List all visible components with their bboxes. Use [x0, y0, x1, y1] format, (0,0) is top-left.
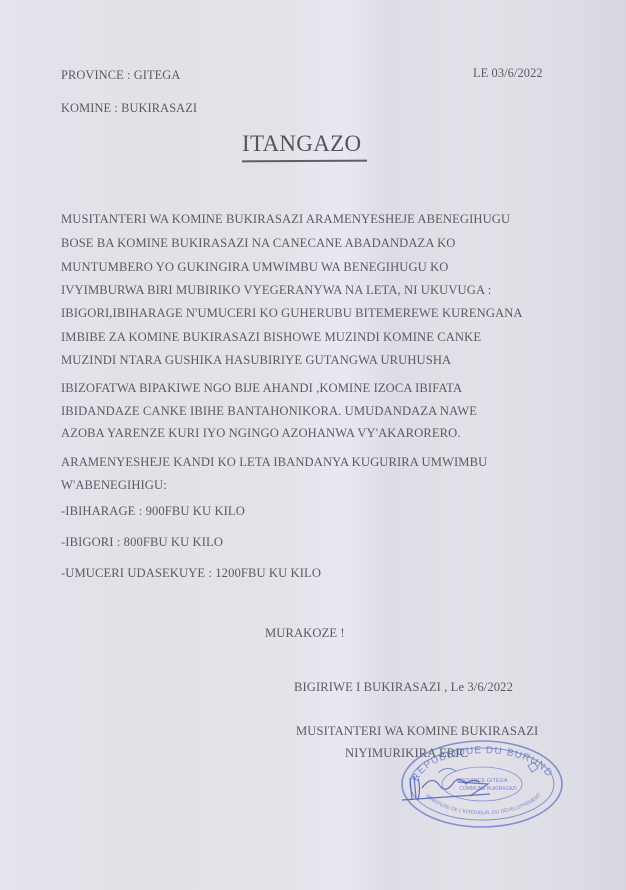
paragraph-1-line: MUZINDI NTARA GUSHIKA HASUBIRIYE GUTANGW…: [61, 353, 451, 368]
paragraph-2-line: AZOBA YARENZE KURI IYO NGINGO AZOHANWA V…: [61, 426, 461, 441]
price-item-name: -IBIHARAGE: [61, 504, 135, 518]
paragraph-3-line: W'ABENEGIHIGU:: [61, 478, 167, 493]
stamp-outer-text: REPUBLIQUE DU BURUNDI: [398, 738, 555, 783]
closing-text: MURAKOZE !: [265, 626, 345, 641]
price-item-value: : 1200FBU KU KILO: [208, 566, 321, 580]
paragraph-1-line: MUNTUMBERO YO GUKINGIRA UMWIMBU WA BENEG…: [61, 260, 449, 275]
document-title: ITANGAZO: [242, 131, 361, 157]
price-item-name: -IBIGORI: [61, 535, 114, 549]
paragraph-3-line: ARAMENYESHEJE KANDI KO LETA IBANDANYA KU…: [61, 455, 487, 470]
komine-label: KOMINE : BUKIRASAZI: [61, 101, 197, 116]
stamp-inner-line2: COMMUNE BUKIRASAZI: [459, 786, 517, 792]
price-item: -IBIGORI : 800FBU KU KILO: [61, 535, 223, 550]
document-page: PROVINCE : GITEGA LE 03/6/2022 KOMINE : …: [0, 0, 626, 890]
title-underline: [242, 160, 367, 162]
paragraph-2-line: IBIDANDAZE CANKE IBIHE BANTAHONIKORA. UM…: [61, 404, 477, 419]
paragraph-1-line: MUSITANTERI WA KOMINE BUKIRASAZI ARAMENY…: [61, 212, 510, 227]
paragraph-2-line: IBIZOFATWA BIPAKIWE NGO BIJE AHANDI ,KOM…: [61, 381, 462, 396]
price-item: -IBIHARAGE : 900FBU KU KILO: [61, 504, 245, 519]
official-stamp-icon: REPUBLIQUE DU BURUNDI MINISTERE DE L'INT…: [398, 738, 564, 830]
svg-text:REPUBLIQUE DU BURUNDI: REPUBLIQUE DU BURUNDI: [398, 738, 555, 783]
price-item: -UMUCERI UDASEKUYE : 1200FBU KU KILO: [61, 566, 321, 581]
paragraph-1-line: BOSE BA KOMINE BUKIRASAZI NA CANECANE AB…: [61, 236, 455, 251]
place-date: BIGIRIWE I BUKIRASAZI , Le 3/6/2022: [294, 680, 513, 695]
price-item-name: -UMUCERI UDASEKUYE: [61, 566, 205, 580]
paragraph-1-line: IBIGORI,IBIHARAGE N'UMUCERI KO GUHERUBU …: [61, 306, 523, 321]
paragraph-1-line: IVYIMBURWA BIRI MUBIRIKO VYEGERANYWA NA …: [61, 283, 491, 298]
paragraph-1-line: IMBIBE ZA KOMINE BUKIRASAZI BISHOWE MUZI…: [61, 330, 481, 345]
signatory-role: MUSITANTERI WA KOMINE BUKIRASAZI: [296, 724, 538, 739]
price-item-value: : 900FBU KU KILO: [139, 504, 245, 518]
document-date: LE 03/6/2022: [473, 66, 543, 81]
price-item-value: : 800FBU KU KILO: [117, 535, 223, 549]
province-label: PROVINCE : GITEGA: [61, 68, 180, 83]
